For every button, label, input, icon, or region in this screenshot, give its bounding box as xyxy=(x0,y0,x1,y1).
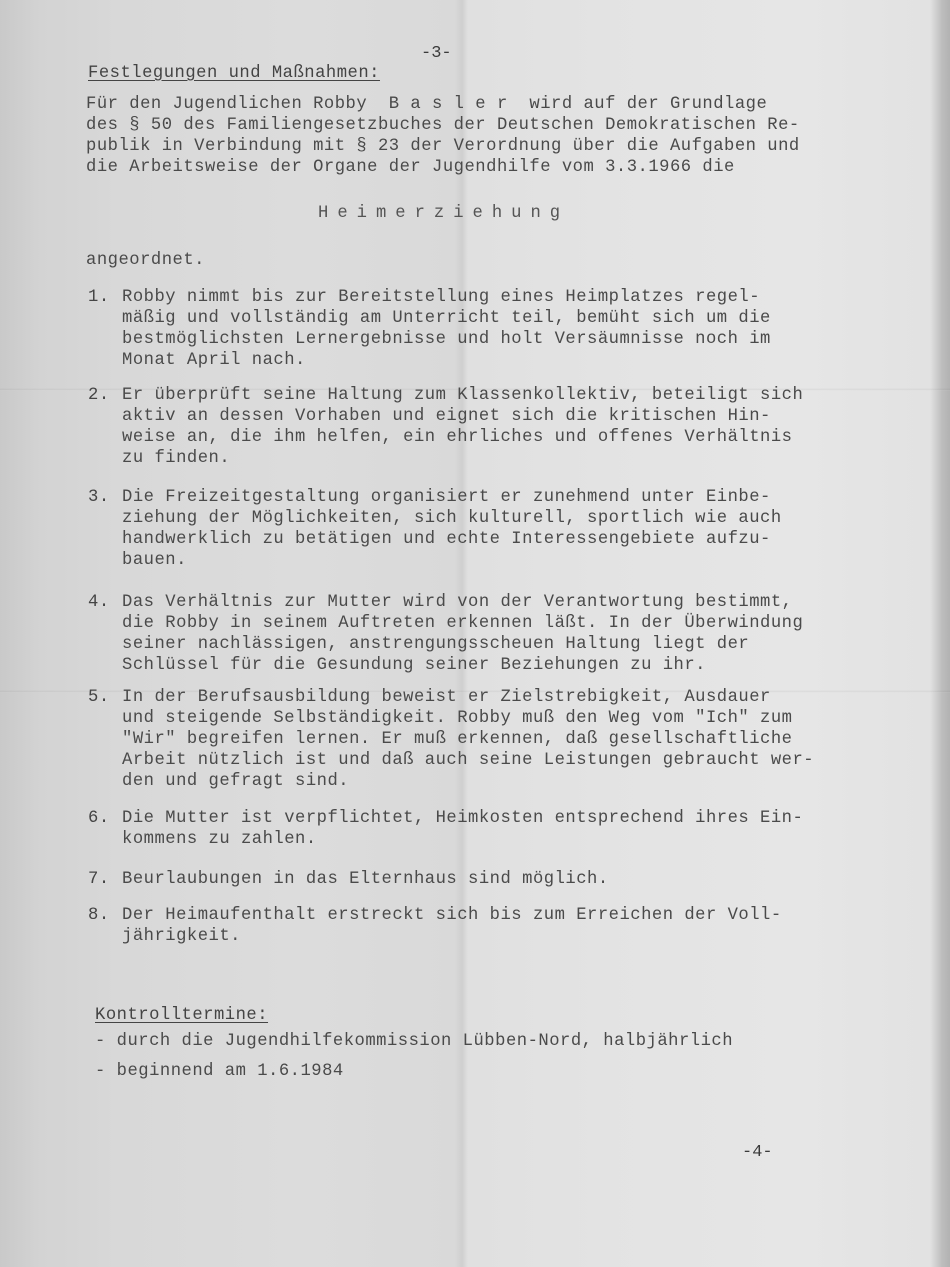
item-line: Monat April nach. xyxy=(122,350,771,371)
section-heading: Festlegungen und Maßnahmen: xyxy=(88,63,380,84)
item-line: aktiv an dessen Vorhaben und eignet sich… xyxy=(122,406,803,427)
page-number-bottom: -4- xyxy=(742,1143,773,1162)
item-line: bauen. xyxy=(122,550,782,571)
item-number: 3. xyxy=(88,487,110,508)
item-number: 2. xyxy=(88,385,110,406)
item-line: jährigkeit. xyxy=(122,926,782,947)
item-line: die Robby in seinem Auftreten erkennen l… xyxy=(122,613,803,634)
item-line: handwerklich zu betätigen und echte Inte… xyxy=(122,529,782,550)
item-number: 1. xyxy=(88,287,110,308)
item-text: Er überprüft seine Haltung zum Klassenko… xyxy=(122,385,803,469)
item-number: 5. xyxy=(88,687,110,708)
item-text: Die Freizeitgestaltung organisiert er zu… xyxy=(122,487,782,571)
item-line: mäßig und vollständig am Unterricht teil… xyxy=(122,308,771,329)
item-line: seiner nachlässigen, anstrengungsscheuen… xyxy=(122,634,803,655)
control-heading: Kontrolltermine: xyxy=(95,1005,268,1026)
item-line: Der Heimaufenthalt erstreckt sich bis zu… xyxy=(122,905,782,926)
control-line: - durch die Jugendhilfekommission Lübben… xyxy=(95,1031,733,1052)
item-line: bestmöglichsten Lernergebnisse und holt … xyxy=(122,329,771,350)
item-line: Beurlaubungen in das Elternhaus sind mög… xyxy=(122,869,609,890)
item-line: kommens zu zahlen. xyxy=(122,829,803,850)
item-line: den und gefragt sind. xyxy=(122,771,814,792)
item-line: Das Verhältnis zur Mutter wird von der V… xyxy=(122,592,803,613)
item-line: zu finden. xyxy=(122,448,803,469)
item-text: Die Mutter ist verpflichtet, Heimkosten … xyxy=(122,808,803,850)
item-line: Die Mutter ist verpflichtet, Heimkosten … xyxy=(122,808,803,829)
intro-line: des § 50 des Familiengesetzbuches der De… xyxy=(86,115,800,136)
measure-title: Heimerziehung xyxy=(318,203,569,224)
item-text: Robby nimmt bis zur Bereitstellung eines… xyxy=(122,287,771,371)
intro-line: Für den Jugendlichen Robby B a s l e r w… xyxy=(86,94,767,115)
item-line: Die Freizeitgestaltung organisiert er zu… xyxy=(122,487,782,508)
item-number: 8. xyxy=(88,905,110,926)
item-text: In der Berufsausbildung beweist er Ziels… xyxy=(122,687,814,792)
page-number-top: -3- xyxy=(421,44,452,63)
intro-line: publik in Verbindung mit § 23 der Verord… xyxy=(86,136,800,157)
item-line: Schlüssel für die Gesundung seiner Bezie… xyxy=(122,655,803,676)
item-line: ziehung der Möglichkeiten, sich kulturel… xyxy=(122,508,782,529)
item-line: weise an, die ihm helfen, ein ehrliches … xyxy=(122,427,803,448)
item-line: "Wir" begreifen lernen. Er muß erkennen,… xyxy=(122,729,814,750)
item-line: und steigende Selbständigkeit. Robby muß… xyxy=(122,708,814,729)
item-text: Das Verhältnis zur Mutter wird von der V… xyxy=(122,592,803,676)
control-line: - beginnend am 1.6.1984 xyxy=(95,1061,344,1082)
item-line: Er überprüft seine Haltung zum Klassenko… xyxy=(122,385,803,406)
item-line: Robby nimmt bis zur Bereitstellung eines… xyxy=(122,287,771,308)
intro-line: die Arbeitsweise der Organe der Jugendhi… xyxy=(86,157,735,178)
item-number: 4. xyxy=(88,592,110,613)
item-text: Beurlaubungen in das Elternhaus sind mög… xyxy=(122,869,609,890)
item-line: In der Berufsausbildung beweist er Ziels… xyxy=(122,687,814,708)
item-text: Der Heimaufenthalt erstreckt sich bis zu… xyxy=(122,905,782,947)
item-line: Arbeit nützlich ist und daß auch seine L… xyxy=(122,750,814,771)
ordered-label: angeordnet. xyxy=(86,250,205,271)
item-number: 7. xyxy=(88,869,110,890)
item-number: 6. xyxy=(88,808,110,829)
